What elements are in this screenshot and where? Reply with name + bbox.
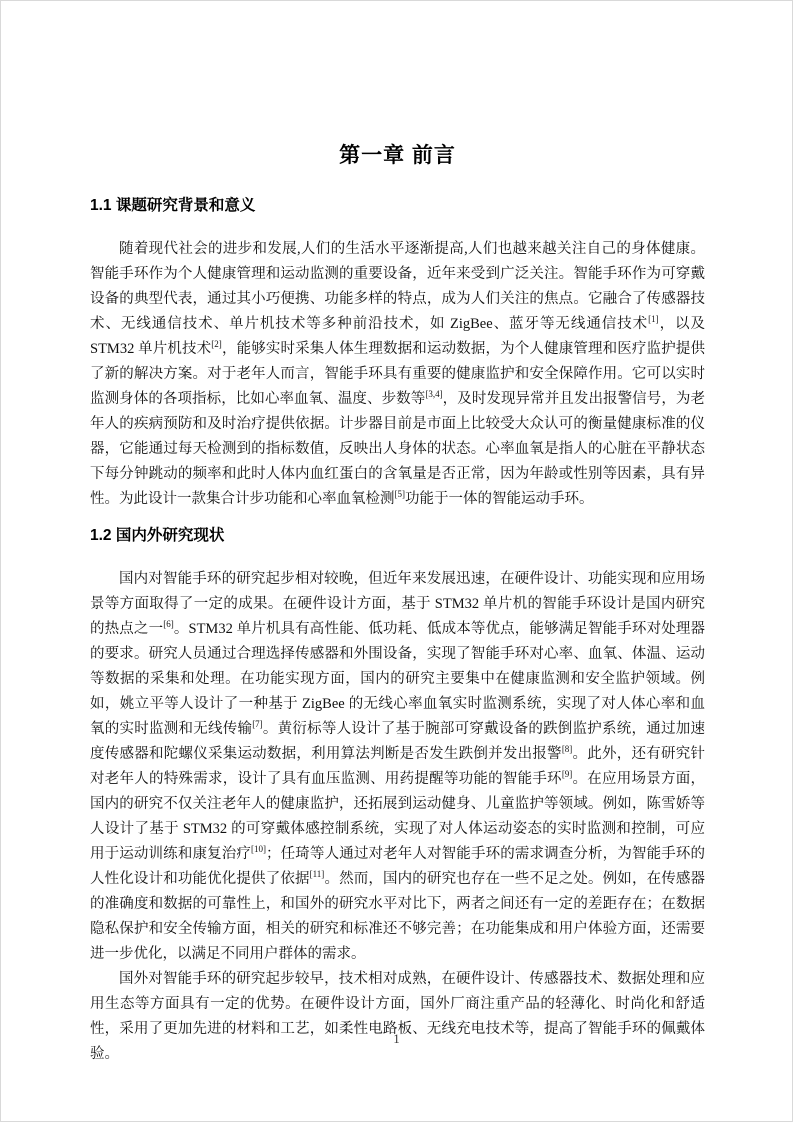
paragraph-background: 随着现代社会的进步和发展,人们的生活水平逐渐提高,人们也越来越关注自己的身体健康… [90,237,705,512]
citation-marker: [3,4] [425,389,442,399]
citation-marker: [5] [395,489,406,499]
citation-marker: [8] [562,744,573,754]
section-heading-1-2: 1.2 国内外研究现状 [90,525,705,547]
document-page: 第一章 前言 1.1 课题研究背景和意义 随着现代社会的进步和发展,人们的生活水… [0,0,793,1122]
chapter-title: 第一章 前言 [90,141,705,171]
paragraph-foreign-research: 国外对智能手环的研究起步较早，技术相对成熟，在硬件设计、传感器技术、数据处理和应… [90,967,705,1067]
citation-marker: [1] [648,314,659,324]
citation-marker: [11] [310,869,325,879]
section-heading-1-1: 1.1 课题研究背景和意义 [90,195,705,217]
citation-marker: [7] [252,719,263,729]
paragraph-domestic-research: 国内对智能手环的研究起步相对较晚，但近年来发展迅速，在硬件设计、功能实现和应用场… [90,567,705,967]
citation-marker: [6] [163,619,174,629]
citation-marker: [9] [562,769,573,779]
page-number: 1 [0,1032,793,1047]
citation-marker: [2] [211,339,222,349]
citation-marker: [10] [251,844,266,854]
